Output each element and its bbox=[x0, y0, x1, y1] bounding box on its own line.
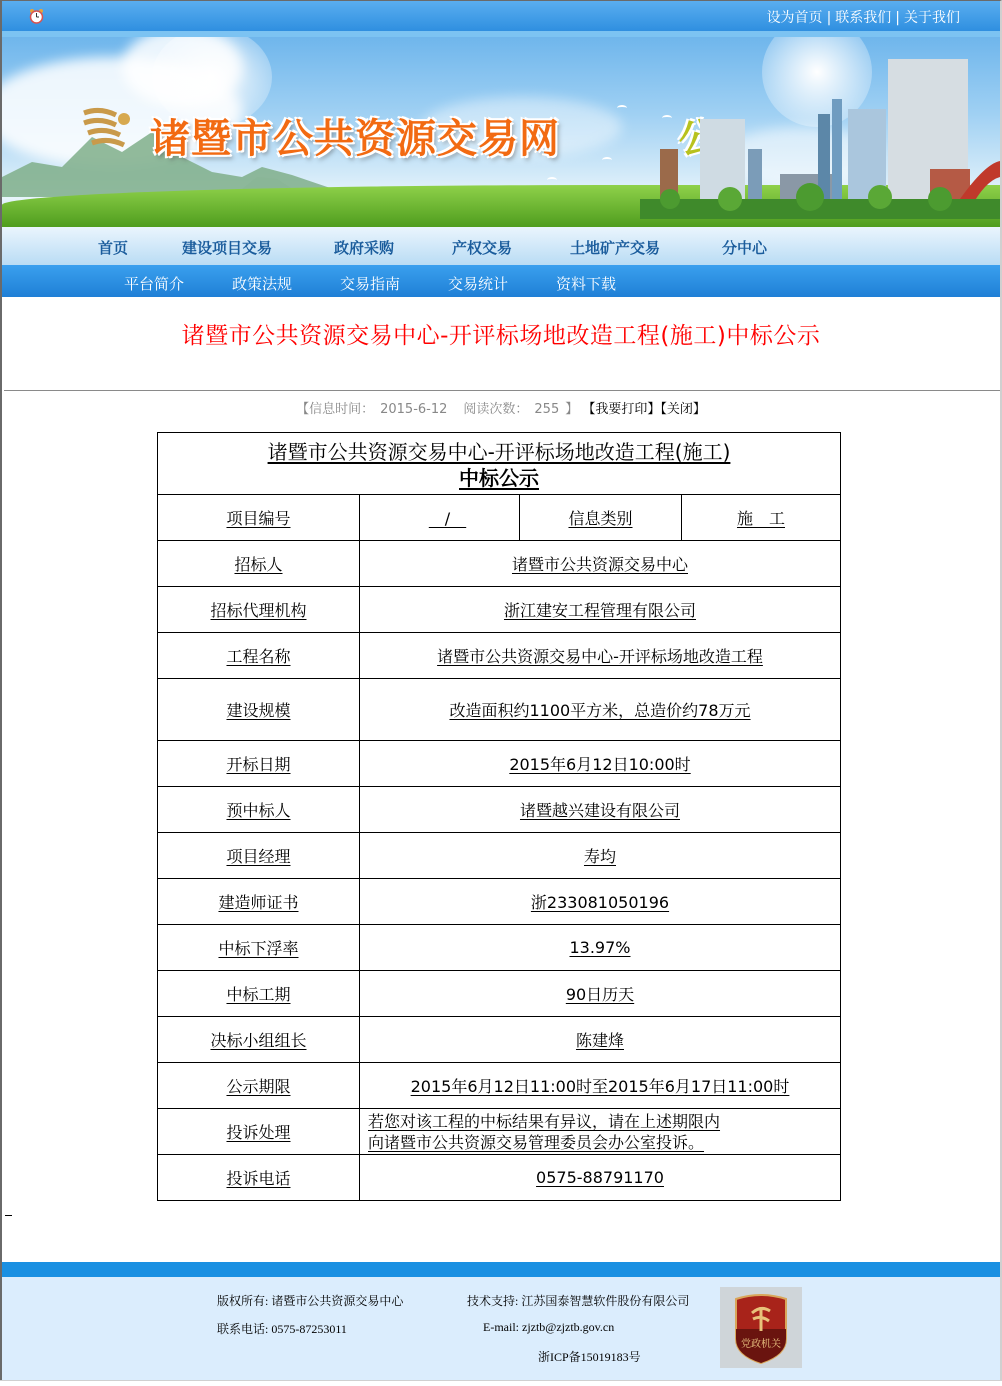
nav-statistics[interactable]: 交易统计 bbox=[448, 273, 508, 294]
row-value: 90日历天 bbox=[566, 985, 634, 1004]
icp-text[interactable]: 浙ICP备15019183号 bbox=[538, 1348, 641, 1365]
row-label: 公示期限 bbox=[226, 1077, 290, 1096]
footer: 版权所有: 诸暨市公共资源交易中心 技术支持: 江苏国泰智慧软件股份有限公司 联… bbox=[2, 1277, 1000, 1380]
table-row: 建造师证书 浙233081050196 bbox=[158, 879, 841, 925]
project-number-value: / bbox=[429, 509, 466, 528]
row-value: 2015年6月12日11:00时至2015年6月17日11:00时 bbox=[411, 1077, 790, 1096]
row-value: 诸暨越兴建设有限公司 bbox=[520, 801, 680, 820]
badge-label: 党政机关 bbox=[741, 1337, 781, 1350]
table-row: 项目经理 寿均 bbox=[158, 833, 841, 879]
print-button[interactable]: 【我要打印】 bbox=[582, 402, 660, 417]
set-homepage-link[interactable]: 设为首页 bbox=[767, 10, 823, 26]
row-label: 决标小组组长 bbox=[210, 1031, 306, 1050]
bracket: 【 bbox=[296, 402, 309, 417]
row-label: 中标下浮率 bbox=[218, 939, 298, 958]
copyright-text: 版权所有: 诸暨市公共资源交易中心 bbox=[217, 1292, 403, 1309]
clock-icon bbox=[29, 8, 44, 24]
row-value: 13.97% bbox=[569, 938, 630, 957]
award-notice-table: 诸暨市公共资源交易中心-开评标场地改造工程(施工) 中标公示 项目编号 / 信息… bbox=[157, 432, 841, 1201]
info-time-value: 2015-6-12 bbox=[380, 402, 447, 417]
row-label: 中标工期 bbox=[226, 985, 290, 1004]
city-skyline-image bbox=[640, 49, 1000, 219]
project-number-label: 项目编号 bbox=[226, 509, 290, 528]
page-title: 诸暨市公共资源交易中心-开评标场地改造工程(施工)中标公示 bbox=[0, 317, 1002, 350]
close-button[interactable]: 【关闭】 bbox=[660, 402, 706, 417]
tech-support-text: 技术支持: 江苏国泰智慧软件股份有限公司 bbox=[467, 1292, 689, 1309]
table-row: 项目编号 / 信息类别 施 工 bbox=[158, 495, 841, 541]
info-category-value: 施 工 bbox=[737, 509, 785, 528]
about-us-link[interactable]: 关于我们 bbox=[904, 10, 960, 26]
table-title-line2: 中标公示 bbox=[459, 466, 539, 490]
info-time-label: 信息时间： bbox=[309, 402, 374, 417]
row-value-line1: 若您对该工程的中标结果有异议，请在上述期限内 bbox=[368, 1112, 720, 1131]
row-value: 诸暨市公共资源交易中心-开评标场地改造工程 bbox=[437, 647, 763, 666]
table-row: 预中标人 诸暨越兴建设有限公司 bbox=[158, 787, 841, 833]
site-title: 诸暨市公共资源交易网 bbox=[150, 107, 560, 164]
top-bar: 设为首页|联系我们|关于我们 bbox=[2, 1, 1000, 31]
row-value: 改造面积约1100平方米，总造价约78万元 bbox=[449, 701, 750, 720]
table-row: 投诉处理 若您对该工程的中标结果有异议，请在上述期限内 向诸暨市公共资源交易管理… bbox=[158, 1109, 841, 1155]
separator: | bbox=[827, 10, 832, 26]
row-label: 开标日期 bbox=[226, 755, 290, 774]
row-value: 浙江建安工程管理有限公司 bbox=[504, 601, 696, 620]
table-row: 中标下浮率 13.97% bbox=[158, 925, 841, 971]
row-label: 项目经理 bbox=[226, 847, 290, 866]
contact-us-link[interactable]: 联系我们 bbox=[835, 10, 891, 26]
bird-decoration bbox=[617, 105, 627, 111]
primary-nav: 首页 建设项目交易 政府采购 产权交易 土地矿产交易 分中心 bbox=[2, 227, 1000, 265]
info-category-label: 信息类别 bbox=[568, 509, 632, 528]
bottom-edge bbox=[0, 1380, 1002, 1386]
bracket: 】 bbox=[565, 402, 578, 417]
bird-decoration bbox=[602, 157, 612, 163]
nav-home[interactable]: 首页 bbox=[98, 237, 128, 258]
nav-platform-intro[interactable]: 平台简介 bbox=[124, 273, 184, 294]
row-label: 预中标人 bbox=[226, 801, 290, 820]
contact-phone-text: 联系电话: 0575-87253011 bbox=[217, 1320, 347, 1337]
article-meta: 【信息时间：2015-6-12阅读次数：255】 【我要打印】【关闭】 bbox=[0, 398, 1002, 417]
table-row: 决标小组组长 陈建烽 bbox=[158, 1017, 841, 1063]
row-label: 投诉处理 bbox=[226, 1123, 290, 1142]
nav-construction-trading[interactable]: 建设项目交易 bbox=[182, 237, 272, 258]
separator: | bbox=[895, 10, 900, 26]
top-links: 设为首页|联系我们|关于我们 bbox=[767, 7, 960, 27]
bird-decoration bbox=[547, 177, 557, 183]
row-label: 建设规模 bbox=[226, 701, 290, 720]
row-value: 寿均 bbox=[584, 847, 616, 866]
nav-property-rights[interactable]: 产权交易 bbox=[452, 237, 512, 258]
table-title-line1: 诸暨市公共资源交易中心-开评标场地改造工程(施工) bbox=[268, 440, 731, 464]
row-value: 0575-88791170 bbox=[536, 1168, 664, 1187]
divider bbox=[4, 390, 1000, 391]
table-row: 中标工期 90日历天 bbox=[158, 971, 841, 1017]
nav-trading-guide[interactable]: 交易指南 bbox=[340, 273, 400, 294]
nav-land-mineral[interactable]: 土地矿产交易 bbox=[570, 237, 660, 258]
row-value: 浙233081050196 bbox=[531, 893, 669, 912]
view-count-label: 阅读次数： bbox=[463, 402, 528, 417]
secondary-nav: 平台简介 政策法规 交易指南 交易统计 资料下载 bbox=[2, 265, 1000, 297]
row-value: 诸暨市公共资源交易中心 bbox=[512, 555, 688, 574]
logo-icon bbox=[82, 105, 132, 151]
footer-bar bbox=[2, 1262, 1000, 1277]
table-row: 建设规模 改造面积约1100平方米，总造价约78万元 bbox=[158, 679, 841, 741]
row-label: 建造师证书 bbox=[218, 893, 298, 912]
row-label: 招标代理机构 bbox=[210, 601, 306, 620]
stray-mark bbox=[5, 1215, 12, 1216]
nav-downloads[interactable]: 资料下载 bbox=[556, 273, 616, 294]
shield-icon: 党政机关 bbox=[720, 1287, 802, 1368]
view-count-value: 255 bbox=[534, 402, 559, 417]
table-row: 开标日期 2015年6月12日10:00时 bbox=[158, 741, 841, 787]
email-text[interactable]: E-mail: zjztb@zjztb.gov.cn bbox=[483, 1320, 614, 1335]
row-label: 投诉电话 bbox=[226, 1169, 290, 1188]
nav-policies[interactable]: 政策法规 bbox=[232, 273, 292, 294]
table-row: 招标代理机构 浙江建安工程管理有限公司 bbox=[158, 587, 841, 633]
table-row: 招标人 诸暨市公共资源交易中心 bbox=[158, 541, 841, 587]
table-row: 工程名称 诸暨市公共资源交易中心-开评标场地改造工程 bbox=[158, 633, 841, 679]
row-value: 陈建烽 bbox=[576, 1031, 624, 1050]
row-value-line2: 向诸暨市公共资源交易管理委员会办公室投诉。 bbox=[368, 1133, 704, 1152]
table-row: 投诉电话 0575-88791170 bbox=[158, 1155, 841, 1201]
party-government-badge[interactable]: 党政机关 bbox=[720, 1287, 802, 1368]
row-label: 工程名称 bbox=[226, 647, 290, 666]
nav-government-procurement[interactable]: 政府采购 bbox=[334, 237, 394, 258]
row-label: 招标人 bbox=[234, 555, 282, 574]
table-row: 公示期限 2015年6月12日11:00时至2015年6月17日11:00时 bbox=[158, 1063, 841, 1109]
row-value: 2015年6月12日10:00时 bbox=[509, 755, 690, 774]
nav-branch-center[interactable]: 分中心 bbox=[722, 237, 767, 258]
table-header: 诸暨市公共资源交易中心-开评标场地改造工程(施工) 中标公示 bbox=[158, 433, 841, 495]
site-banner: 诸暨市公共资源交易网 公 bbox=[2, 37, 1000, 227]
